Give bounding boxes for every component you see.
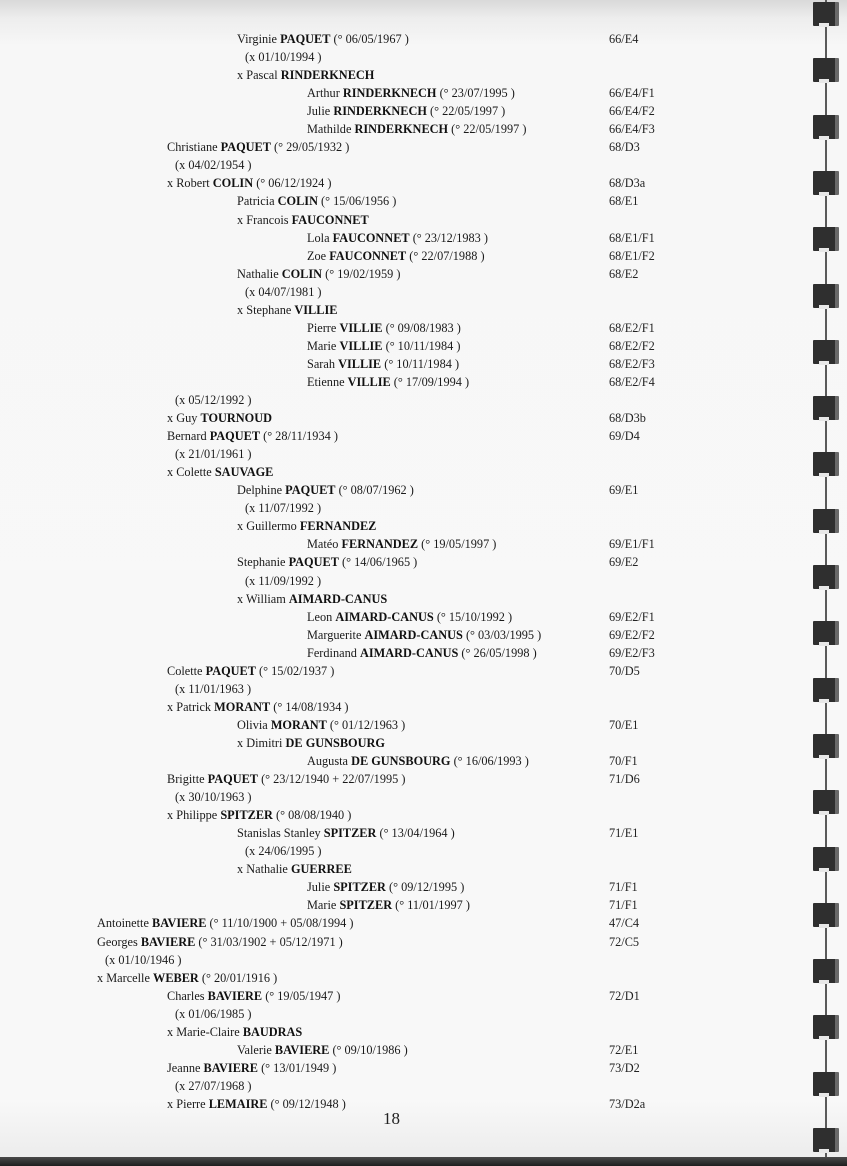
life-dates: (° 10/11/1984 ) xyxy=(384,357,459,371)
given-name: Nathalie xyxy=(246,862,288,876)
surname: SPITZER xyxy=(324,826,377,840)
spouse-marker: x xyxy=(167,465,176,479)
given-name: Antoinette xyxy=(97,916,149,930)
person-row: Christiane PAQUET (° 29/05/1932 )68/D3 xyxy=(0,138,790,156)
surname: WEBER xyxy=(153,971,199,985)
marriage-date: (x 30/10/1963 ) xyxy=(175,790,252,804)
reference-code: 68/D3b xyxy=(609,409,646,427)
life-dates: (° 09/12/1995 ) xyxy=(389,880,464,894)
life-dates: (° 15/02/1937 ) xyxy=(259,664,334,678)
marriage-date: (x 01/10/1946 ) xyxy=(105,953,182,967)
binding-ring xyxy=(813,509,839,533)
entry-text: Marguerite AIMARD-CANUS (° 03/03/1995 ) xyxy=(307,626,541,644)
surname: VILLIE xyxy=(348,375,391,389)
binding-ring xyxy=(813,171,839,195)
person-row: Marie SPITZER (° 11/01/1997 )71/F1 xyxy=(0,896,790,914)
given-name: Valerie xyxy=(237,1043,272,1057)
reference-code: 69/E1 xyxy=(609,481,638,499)
given-name: Olivia xyxy=(237,718,268,732)
entry-text: x Dimitri DE GUNSBOURG xyxy=(237,734,385,752)
surname: RINDERKNECH xyxy=(343,86,437,100)
surname: AIMARD-CANUS xyxy=(364,628,462,642)
entry-text: (x 11/07/1992 ) xyxy=(245,499,321,517)
entry-text: x Marcelle WEBER (° 20/01/1916 ) xyxy=(97,969,277,987)
entry-text: (x 27/07/1968 ) xyxy=(175,1077,252,1095)
marriage-row: (x 27/07/1968 ) xyxy=(0,1077,790,1095)
spouse-row: x Stephane VILLIE xyxy=(0,301,790,319)
reference-code: 69/E2/F3 xyxy=(609,644,655,662)
surname: SAUVAGE xyxy=(215,465,274,479)
life-dates: (° 26/05/1998 ) xyxy=(461,646,536,660)
surname: AIMARD-CANUS xyxy=(360,646,458,660)
life-dates: (° 08/08/1940 ) xyxy=(276,808,351,822)
surname: PAQUET xyxy=(208,772,258,786)
entry-text: Pierre VILLIE (° 09/08/1983 ) xyxy=(307,319,461,337)
given-name: Julie xyxy=(307,104,330,118)
entry-text: (x 04/07/1981 ) xyxy=(245,283,322,301)
spouse-marker: x xyxy=(237,862,246,876)
entry-text: Leon AIMARD-CANUS (° 15/10/1992 ) xyxy=(307,608,512,626)
entry-text: (x 01/06/1985 ) xyxy=(175,1005,252,1023)
entry-text: x Robert COLIN (° 06/12/1924 ) xyxy=(167,174,331,192)
surname: VILLIE xyxy=(339,339,382,353)
entry-text: (x 11/09/1992 ) xyxy=(245,572,321,590)
spouse-marker: x xyxy=(167,700,176,714)
spouse-row: x Francois FAUCONNET xyxy=(0,211,790,229)
spouse-marker: x xyxy=(97,971,106,985)
spouse-marker: x xyxy=(237,68,246,82)
given-name: Delphine xyxy=(237,483,282,497)
given-name: Arthur xyxy=(307,86,340,100)
binding-ring xyxy=(813,284,839,308)
given-name: Brigitte xyxy=(167,772,205,786)
spouse-row: x Colette SAUVAGE xyxy=(0,463,790,481)
entry-text: Marie VILLIE (° 10/11/1984 ) xyxy=(307,337,460,355)
life-dates: (° 17/09/1994 ) xyxy=(394,375,469,389)
life-dates: (° 13/04/1964 ) xyxy=(379,826,454,840)
page-edge-shadow xyxy=(0,1157,847,1166)
surname: FAUCONNET xyxy=(292,213,369,227)
reference-code: 69/E2 xyxy=(609,553,638,571)
marriage-date: (x 24/06/1995 ) xyxy=(245,844,322,858)
life-dates: (° 23/12/1940 + 22/07/1995 ) xyxy=(261,772,405,786)
person-row: Georges BAVIERE (° 31/03/1902 + 05/12/19… xyxy=(0,933,790,951)
binding-ring xyxy=(813,340,839,364)
spouse-marker: x xyxy=(167,1025,176,1039)
life-dates: (° 28/11/1934 ) xyxy=(263,429,338,443)
entry-text: x Nathalie GUERREE xyxy=(237,860,352,878)
reference-code: 68/E2/F1 xyxy=(609,319,655,337)
person-row: Bernard PAQUET (° 28/11/1934 )69/D4 xyxy=(0,427,790,445)
entry-text: Nathalie COLIN (° 19/02/1959 ) xyxy=(237,265,400,283)
life-dates: (° 20/01/1916 ) xyxy=(202,971,277,985)
surname: FAUCONNET xyxy=(333,231,410,245)
reference-code: 71/D6 xyxy=(609,770,640,788)
surname: RINDERKNECH xyxy=(333,104,427,118)
surname: FERNANDEZ xyxy=(300,519,377,533)
given-name: Jeanne xyxy=(167,1061,200,1075)
binding-ring xyxy=(813,734,839,758)
person-row: Sarah VILLIE (° 10/11/1984 )68/E2/F3 xyxy=(0,355,790,373)
spouse-marker: x xyxy=(167,411,176,425)
given-name: Julie xyxy=(307,880,330,894)
person-row: Augusta DE GUNSBOURG (° 16/06/1993 )70/F… xyxy=(0,752,790,770)
person-row: Jeanne BAVIERE (° 13/01/1949 )73/D2 xyxy=(0,1059,790,1077)
marriage-date: (x 21/01/1961 ) xyxy=(175,447,252,461)
life-dates: (° 16/06/1993 ) xyxy=(454,754,529,768)
spiral-binding xyxy=(800,0,847,1166)
life-dates: (° 11/10/1900 + 05/08/1994 ) xyxy=(210,916,354,930)
surname: SPITZER xyxy=(339,898,392,912)
person-row: Valerie BAVIERE (° 09/10/1986 )72/E1 xyxy=(0,1041,790,1059)
reference-code: 47/C4 xyxy=(609,914,639,932)
surname: COLIN xyxy=(282,267,322,281)
reference-code: 66/E4/F3 xyxy=(609,120,655,138)
binding-ring xyxy=(813,2,839,26)
entry-text: Sarah VILLIE (° 10/11/1984 ) xyxy=(307,355,459,373)
given-name: Marie-Claire xyxy=(176,1025,240,1039)
marriage-date: (x 04/07/1981 ) xyxy=(245,285,322,299)
life-dates: (° 23/12/1983 ) xyxy=(413,231,488,245)
person-row: Antoinette BAVIERE (° 11/10/1900 + 05/08… xyxy=(0,914,790,932)
person-row: Colette PAQUET (° 15/02/1937 )70/D5 xyxy=(0,662,790,680)
given-name: Stephane xyxy=(246,303,291,317)
reference-code: 69/E1/F1 xyxy=(609,535,655,553)
reference-code: 68/D3 xyxy=(609,138,640,156)
entry-text: Augusta DE GUNSBOURG (° 16/06/1993 ) xyxy=(307,752,529,770)
surname: BAUDRAS xyxy=(243,1025,302,1039)
reference-code: 73/D2 xyxy=(609,1059,640,1077)
surname: COLIN xyxy=(278,194,318,208)
given-name: Ferdinand xyxy=(307,646,357,660)
marriage-row: (x 04/02/1954 ) xyxy=(0,156,790,174)
binding-ring xyxy=(813,227,839,251)
given-name: Mathilde xyxy=(307,122,351,136)
entry-text: Lola FAUCONNET (° 23/12/1983 ) xyxy=(307,229,488,247)
reference-code: 71/F1 xyxy=(609,878,638,896)
person-row: Delphine PAQUET (° 08/07/1962 )69/E1 xyxy=(0,481,790,499)
reference-code: 68/D3a xyxy=(609,174,645,192)
binding-ring xyxy=(813,1015,839,1039)
given-name: Patrick xyxy=(176,700,211,714)
surname: PAQUET xyxy=(206,664,256,678)
surname: BAVIERE xyxy=(208,989,262,1003)
person-row: Pierre VILLIE (° 09/08/1983 )68/E2/F1 xyxy=(0,319,790,337)
entry-text: x Marie-Claire BAUDRAS xyxy=(167,1023,302,1041)
surname: MORANT xyxy=(214,700,270,714)
entry-text: x Francois FAUCONNET xyxy=(237,211,369,229)
entry-text: Delphine PAQUET (° 08/07/1962 ) xyxy=(237,481,414,499)
life-dates: (° 13/01/1949 ) xyxy=(261,1061,336,1075)
surname: BAVIERE xyxy=(204,1061,258,1075)
life-dates: (° 03/03/1995 ) xyxy=(466,628,541,642)
spouse-marker: x xyxy=(237,213,246,227)
entry-text: x William AIMARD-CANUS xyxy=(237,590,387,608)
surname: VILLIE xyxy=(338,357,381,371)
spouse-marker: x xyxy=(167,176,176,190)
given-name: Bernard xyxy=(167,429,207,443)
given-name: Philippe xyxy=(176,808,217,822)
reference-code: 70/E1 xyxy=(609,716,638,734)
entry-text: Etienne VILLIE (° 17/09/1994 ) xyxy=(307,373,469,391)
page-number: 18 xyxy=(383,1109,400,1129)
reference-code: 66/E4 xyxy=(609,30,638,48)
life-dates: (° 14/08/1934 ) xyxy=(273,700,348,714)
life-dates: (° 29/05/1932 ) xyxy=(274,140,349,154)
marriage-date: (x 27/07/1968 ) xyxy=(175,1079,252,1093)
reference-code: 70/D5 xyxy=(609,662,640,680)
reference-code: 69/E2/F1 xyxy=(609,608,655,626)
reference-code: 71/F1 xyxy=(609,896,638,914)
given-name: Francois xyxy=(246,213,288,227)
entry-text: Antoinette BAVIERE (° 11/10/1900 + 05/08… xyxy=(97,914,353,932)
reference-code: 68/E2/F4 xyxy=(609,373,655,391)
given-name: Patricia xyxy=(237,194,275,208)
binding-ring xyxy=(813,452,839,476)
entry-text: Colette PAQUET (° 15/02/1937 ) xyxy=(167,662,334,680)
reference-code: 68/E2/F3 xyxy=(609,355,655,373)
entry-text: (x 01/10/1946 ) xyxy=(105,951,182,969)
surname: AIMARD-CANUS xyxy=(289,592,387,606)
life-dates: (° 09/10/1986 ) xyxy=(332,1043,407,1057)
surname: RINDERKNECH xyxy=(354,122,448,136)
given-name: Stephanie xyxy=(237,555,286,569)
surname: AIMARD-CANUS xyxy=(335,610,433,624)
person-row: Nathalie COLIN (° 19/02/1959 )68/E2 xyxy=(0,265,790,283)
surname: PAQUET xyxy=(221,140,271,154)
surname: VILLIE xyxy=(294,303,337,317)
binding-ring xyxy=(813,959,839,983)
marriage-row: (x 01/06/1985 ) xyxy=(0,1005,790,1023)
given-name: Etienne xyxy=(307,375,345,389)
entry-text: Valerie BAVIERE (° 09/10/1986 ) xyxy=(237,1041,408,1059)
person-row: Etienne VILLIE (° 17/09/1994 )68/E2/F4 xyxy=(0,373,790,391)
surname: PAQUET xyxy=(280,32,330,46)
entry-text: (x 11/01/1963 ) xyxy=(175,680,251,698)
entry-text: Marie SPITZER (° 11/01/1997 ) xyxy=(307,896,470,914)
entry-text: x Patrick MORANT (° 14/08/1934 ) xyxy=(167,698,349,716)
spouse-row: x Marcelle WEBER (° 20/01/1916 ) xyxy=(0,969,790,987)
spouse-row: x Dimitri DE GUNSBOURG xyxy=(0,734,790,752)
surname: MORANT xyxy=(271,718,327,732)
reference-code: 68/E1/F2 xyxy=(609,247,655,265)
given-name: Christiane xyxy=(167,140,218,154)
life-dates: (° 15/06/1956 ) xyxy=(321,194,396,208)
spouse-row: x Pascal RINDERKNECH xyxy=(0,66,790,84)
reference-code: 71/E1 xyxy=(609,824,638,842)
given-name: Colette xyxy=(176,465,212,479)
life-dates: (° 19/02/1959 ) xyxy=(325,267,400,281)
binding-ring xyxy=(813,396,839,420)
spouse-marker: x xyxy=(237,303,246,317)
binding-ring xyxy=(813,1128,839,1152)
binding-ring xyxy=(813,678,839,702)
marriage-date: (x 05/12/1992 ) xyxy=(175,393,252,407)
entry-text: Julie RINDERKNECH (° 22/05/1997 ) xyxy=(307,102,505,120)
life-dates: (° 09/12/1948 ) xyxy=(271,1097,346,1111)
spouse-marker: x xyxy=(237,519,246,533)
entry-text: Stanislas Stanley SPITZER (° 13/04/1964 … xyxy=(237,824,455,842)
surname: TOURNOUD xyxy=(201,411,273,425)
reference-code: 68/E2/F2 xyxy=(609,337,655,355)
person-row: Mathilde RINDERKNECH (° 22/05/1997 )66/E… xyxy=(0,120,790,138)
entry-text: x Stephane VILLIE xyxy=(237,301,337,319)
reference-code: 72/D1 xyxy=(609,987,640,1005)
life-dates: (° 22/07/1988 ) xyxy=(409,249,484,263)
life-dates: (° 01/12/1963 ) xyxy=(330,718,405,732)
person-row: Virginie PAQUET (° 06/05/1967 )66/E4 xyxy=(0,30,790,48)
given-name: Zoe xyxy=(307,249,326,263)
reference-code: 66/E4/F1 xyxy=(609,84,655,102)
life-dates: (° 19/05/1997 ) xyxy=(421,537,496,551)
entry-text: Matéo FERNANDEZ (° 19/05/1997 ) xyxy=(307,535,496,553)
entry-text: x Colette SAUVAGE xyxy=(167,463,273,481)
life-dates: (° 06/12/1924 ) xyxy=(256,176,331,190)
person-row: Julie SPITZER (° 09/12/1995 )71/F1 xyxy=(0,878,790,896)
person-row: Stanislas Stanley SPITZER (° 13/04/1964 … xyxy=(0,824,790,842)
binding-ring xyxy=(813,847,839,871)
entry-text: Brigitte PAQUET (° 23/12/1940 + 22/07/19… xyxy=(167,770,405,788)
binding-ring xyxy=(813,565,839,589)
surname: SPITZER xyxy=(220,808,273,822)
spouse-marker: x xyxy=(237,592,246,606)
given-name: Pierre xyxy=(307,321,336,335)
entry-text: Bernard PAQUET (° 28/11/1934 ) xyxy=(167,427,338,445)
surname: PAQUET xyxy=(210,429,260,443)
marriage-date: (x 11/09/1992 ) xyxy=(245,574,321,588)
surname: BAVIERE xyxy=(275,1043,329,1057)
life-dates: (° 11/01/1997 ) xyxy=(395,898,470,912)
reference-code: 70/F1 xyxy=(609,752,638,770)
entry-text: (x 04/02/1954 ) xyxy=(175,156,252,174)
spouse-row: x Patrick MORANT (° 14/08/1934 ) xyxy=(0,698,790,716)
reference-code: 69/D4 xyxy=(609,427,640,445)
person-row: Patricia COLIN (° 15/06/1956 )68/E1 xyxy=(0,192,790,210)
given-name: Stanislas Stanley xyxy=(237,826,321,840)
given-name: Marie xyxy=(307,898,336,912)
person-row: Ferdinand AIMARD-CANUS (° 26/05/1998 )69… xyxy=(0,644,790,662)
entry-text: (x 21/01/1961 ) xyxy=(175,445,252,463)
given-name: Charles xyxy=(167,989,205,1003)
person-row: Olivia MORANT (° 01/12/1963 )70/E1 xyxy=(0,716,790,734)
given-name: Lola xyxy=(307,231,330,245)
marriage-row: (x 05/12/1992 ) xyxy=(0,391,790,409)
spouse-row: x Guillermo FERNANDEZ xyxy=(0,517,790,535)
entry-text: Arthur RINDERKNECH (° 23/07/1995 ) xyxy=(307,84,515,102)
surname: GUERREE xyxy=(291,862,352,876)
given-name: Robert xyxy=(176,176,209,190)
spouse-marker: x xyxy=(167,808,176,822)
reference-code: 66/E4/F2 xyxy=(609,102,655,120)
given-name: Leon xyxy=(307,610,332,624)
entry-text: Stephanie PAQUET (° 14/06/1965 ) xyxy=(237,553,417,571)
given-name: Pascal xyxy=(246,68,277,82)
surname: FAUCONNET xyxy=(329,249,406,263)
entry-text: x Philippe SPITZER (° 08/08/1940 ) xyxy=(167,806,351,824)
life-dates: (° 06/05/1967 ) xyxy=(334,32,409,46)
given-name: Augusta xyxy=(307,754,348,768)
marriage-row: (x 30/10/1963 ) xyxy=(0,788,790,806)
binding-ring xyxy=(813,903,839,927)
scanned-page: Virginie PAQUET (° 06/05/1967 )66/E4(x 0… xyxy=(0,0,847,1166)
life-dates: (° 19/05/1947 ) xyxy=(265,989,340,1003)
reference-code: 73/D2a xyxy=(609,1095,645,1113)
entry-text: x Pierre LEMAIRE (° 09/12/1948 ) xyxy=(167,1095,346,1113)
person-row: Marguerite AIMARD-CANUS (° 03/03/1995 )6… xyxy=(0,626,790,644)
life-dates: (° 09/08/1983 ) xyxy=(386,321,461,335)
marriage-row: (x 11/09/1992 ) xyxy=(0,572,790,590)
person-row: Charles BAVIERE (° 19/05/1947 )72/D1 xyxy=(0,987,790,1005)
given-name: Sarah xyxy=(307,357,335,371)
given-name: Dimitri xyxy=(246,736,282,750)
given-name: Georges xyxy=(97,935,138,949)
reference-code: 68/E1 xyxy=(609,192,638,210)
given-name: Matéo xyxy=(307,537,338,551)
life-dates: (° 22/05/1997 ) xyxy=(430,104,505,118)
given-name: Marguerite xyxy=(307,628,361,642)
surname: LEMAIRE xyxy=(209,1097,268,1111)
person-row: Zoe FAUCONNET (° 22/07/1988 )68/E1/F2 xyxy=(0,247,790,265)
surname: FERNANDEZ xyxy=(342,537,419,551)
marriage-date: (x 01/10/1994 ) xyxy=(245,50,322,64)
entry-text: (x 01/10/1994 ) xyxy=(245,48,322,66)
entry-text: Olivia MORANT (° 01/12/1963 ) xyxy=(237,716,405,734)
surname: DE GUNSBOURG xyxy=(286,736,385,750)
reference-code: 72/C5 xyxy=(609,933,639,951)
marriage-row: (x 21/01/1961 ) xyxy=(0,445,790,463)
spouse-row: x Guy TOURNOUD 68/D3b xyxy=(0,409,790,427)
entry-text: Virginie PAQUET (° 06/05/1967 ) xyxy=(237,30,409,48)
given-name: Nathalie xyxy=(237,267,279,281)
given-name: Marie xyxy=(307,339,336,353)
entry-text: (x 30/10/1963 ) xyxy=(175,788,252,806)
spouse-marker: x xyxy=(167,1097,176,1111)
binding-ring xyxy=(813,1072,839,1096)
person-row: Lola FAUCONNET (° 23/12/1983 )68/E1/F1 xyxy=(0,229,790,247)
marriage-date: (x 11/01/1963 ) xyxy=(175,682,251,696)
life-dates: (° 10/11/1984 ) xyxy=(386,339,461,353)
entry-text: Jeanne BAVIERE (° 13/01/1949 ) xyxy=(167,1059,336,1077)
surname: SPITZER xyxy=(333,880,386,894)
surname: COLIN xyxy=(213,176,253,190)
person-row: Matéo FERNANDEZ (° 19/05/1997 )69/E1/F1 xyxy=(0,535,790,553)
entry-text: Julie SPITZER (° 09/12/1995 ) xyxy=(307,878,464,896)
spouse-row: x William AIMARD-CANUS xyxy=(0,590,790,608)
given-name: William xyxy=(246,592,286,606)
binding-ring xyxy=(813,115,839,139)
reference-code: 72/E1 xyxy=(609,1041,638,1059)
binding-ring xyxy=(813,58,839,82)
marriage-date: (x 11/07/1992 ) xyxy=(245,501,321,515)
reference-code: 69/E2/F2 xyxy=(609,626,655,644)
surname: DE GUNSBOURG xyxy=(351,754,450,768)
person-row: Stephanie PAQUET (° 14/06/1965 )69/E2 xyxy=(0,553,790,571)
surname: VILLIE xyxy=(339,321,382,335)
entry-text: x Guy TOURNOUD xyxy=(167,409,272,427)
marriage-date: (x 01/06/1985 ) xyxy=(175,1007,252,1021)
entry-text: Georges BAVIERE (° 31/03/1902 + 05/12/19… xyxy=(97,933,343,951)
spouse-marker: x xyxy=(237,736,246,750)
entry-text: (x 05/12/1992 ) xyxy=(175,391,252,409)
entry-text: Mathilde RINDERKNECH (° 22/05/1997 ) xyxy=(307,120,526,138)
person-row: Julie RINDERKNECH (° 22/05/1997 )66/E4/F… xyxy=(0,102,790,120)
life-dates: (° 15/10/1992 ) xyxy=(437,610,512,624)
marriage-row: (x 01/10/1946 ) xyxy=(0,951,790,969)
given-name: Colette xyxy=(167,664,203,678)
marriage-row: (x 11/01/1963 ) xyxy=(0,680,790,698)
reference-code: 68/E2 xyxy=(609,265,638,283)
entry-text: x Pascal RINDERKNECH xyxy=(237,66,374,84)
